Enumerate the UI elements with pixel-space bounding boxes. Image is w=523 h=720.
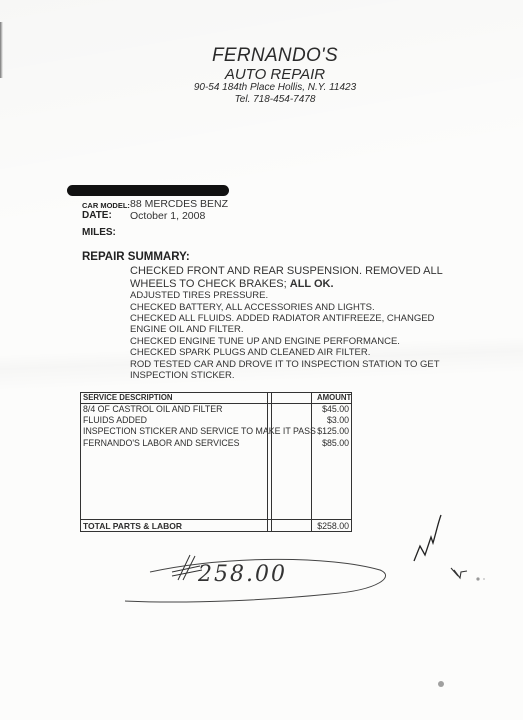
handwritten-amount: 258.00 xyxy=(197,562,287,587)
handwritten-annotations: 258.00 xyxy=(0,0,523,720)
handwritten-initials-2 xyxy=(451,568,467,578)
handwritten-initials-1 xyxy=(414,515,441,561)
receipt-page: FERNANDO'S AUTO REPAIR 90-54 184th Place… xyxy=(0,0,523,720)
